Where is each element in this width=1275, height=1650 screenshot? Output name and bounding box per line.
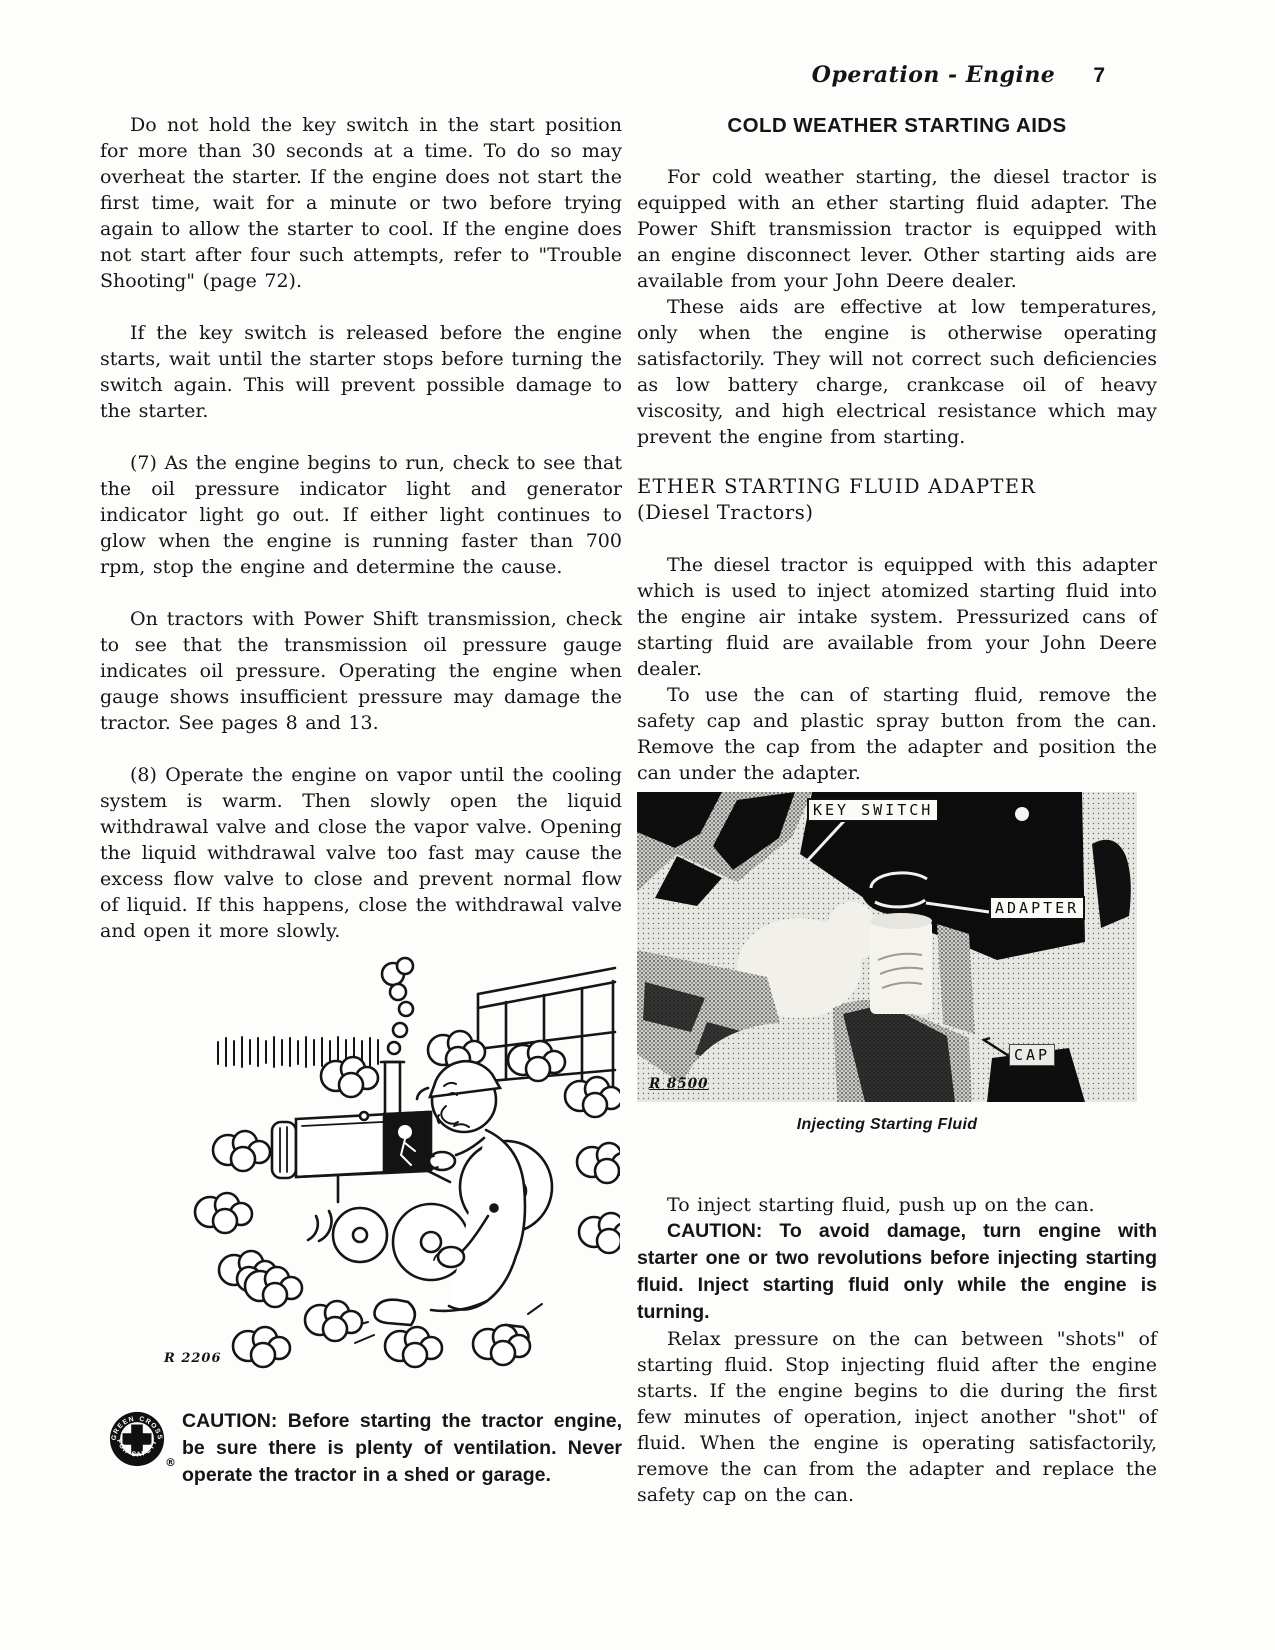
paragraph-adapter-desc: The diesel tractor is equipped with this… [637, 552, 1157, 682]
paragraph-cold-weather: For cold weather starting, the diesel tr… [637, 164, 1157, 294]
paragraph-inject: To inject starting fluid, push up on the… [637, 1192, 1157, 1218]
cartoon-figure-ref: R 2206 [164, 1351, 222, 1366]
caution-note-ventilation: GREEN CROSS FOR SAFETY ® CAUTION: Before… [100, 1408, 622, 1489]
photo-caption: Injecting Starting Fluid [637, 1116, 1137, 1134]
paragraph-use-can: To use the can of starting fluid, remove… [637, 682, 1157, 786]
photo-label-adapter: ADAPTER [989, 896, 1085, 920]
photo-figure-ref: R 8500 [649, 1076, 709, 1092]
paragraph-step-8: (8) Operate the engine on vapor until th… [100, 762, 622, 944]
paragraph-step-7: (7) As the engine begins to run, check t… [100, 450, 622, 580]
paragraph-key-switch-release: If the key switch is released before the… [100, 320, 622, 424]
subsection-heading: ETHER STARTING FLUID ADAPTER (Diesel Tra… [637, 474, 1157, 526]
photo-label-cap: CAP [1009, 1044, 1055, 1066]
subsection-heading-line1: ETHER STARTING FLUID ADAPTER [637, 474, 1157, 500]
paragraph-power-shift: On tractors with Power Shift transmissio… [100, 606, 622, 736]
caution-note-turn-engine: CAUTION: To avoid damage, turn engine wi… [637, 1218, 1157, 1326]
page-number: 7 [1093, 64, 1105, 88]
manual-page: Operation - Engine 7 Do not hold the key… [0, 0, 1275, 1650]
page-header: Operation - Engine 7 [0, 62, 1105, 88]
engine-photo [637, 792, 1137, 1102]
section-heading: COLD WEATHER STARTING AIDS [637, 114, 1157, 138]
paragraph-relax-pressure: Relax pressure on the can between "shots… [637, 1326, 1157, 1508]
cartoon-figure: R 2206 [188, 954, 620, 1372]
tractor-in-shed-cartoon [188, 954, 620, 1372]
subsection-heading-line2: (Diesel Tractors) [637, 500, 1157, 526]
right-column: COLD WEATHER STARTING AIDS For cold weat… [637, 112, 1157, 1508]
photo-figure-injecting: KEY SWITCH ADAPTER CAP R 8500 [637, 792, 1137, 1102]
paragraph-key-switch-hold: Do not hold the key switch in the start … [100, 112, 622, 294]
safety-emblem-icon: GREEN CROSS FOR SAFETY ® [108, 1410, 174, 1490]
section-title: Operation - Engine [812, 62, 1056, 88]
paragraph-aids-effective: These aids are effective at low temperat… [637, 294, 1157, 450]
photo-label-key-switch: KEY SWITCH [807, 798, 939, 822]
caution-ventilation-text: CAUTION: Before starting the tractor eng… [182, 1410, 622, 1486]
left-column: Do not hold the key switch in the start … [100, 112, 622, 1490]
registered-mark: ® [165, 1449, 176, 1476]
